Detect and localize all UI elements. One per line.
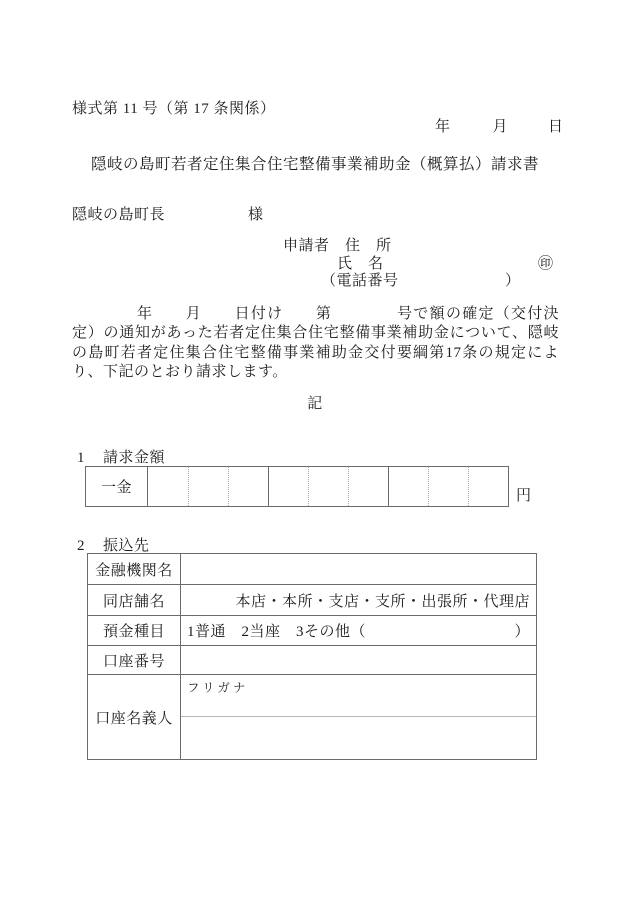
section1-heading: 1請求金額: [77, 446, 165, 467]
phone-close-paren: ）: [505, 273, 521, 291]
amount-digit-cell: [388, 467, 428, 506]
amount-digit-cell: [348, 467, 388, 506]
date-line: 年月日: [435, 115, 564, 136]
applicant-phone-line: （電話番号 ）: [321, 273, 573, 291]
section2-heading: 2振込先: [77, 534, 150, 555]
bank-transfer-table: 金融機関名 同店舗名 本店・本所・支店・支所・出張所・代理店 預金種目 1普通 …: [87, 553, 537, 760]
amount-digit-cell: [468, 467, 508, 506]
account-type-label: 預金種目: [88, 616, 181, 645]
furigana-label: フリガナ: [187, 681, 248, 695]
account-number-value: [181, 646, 536, 674]
document-title: 隠岐の島町若者定住集合住宅整備事業補助金（概算払）請求書: [0, 152, 630, 174]
amount-table: 一金: [85, 466, 509, 507]
applicant-block: 申請者 住 所 氏 名 ㊞ （電話番号 ）: [283, 238, 573, 291]
branch-name-label: 同店舗名: [88, 585, 181, 615]
amount-digit-cell: [148, 467, 188, 506]
table-row-bank-name: 金融機関名: [88, 554, 536, 584]
amount-digit-cell: [188, 467, 228, 506]
yen-unit-label: 円: [516, 484, 532, 505]
applicant-name-label: 氏 名: [337, 256, 384, 272]
amount-digit-cell: [268, 467, 308, 506]
section1-title: 請求金額: [103, 450, 165, 466]
form-number: 様式第 11 号（第 17 条関係）: [72, 97, 275, 118]
addressee-line: 隠岐の島町長様: [72, 203, 264, 224]
account-type-value: 1普通 2当座 3その他（ ）: [181, 616, 536, 645]
account-type-options: 1普通 2当座 3その他（: [187, 620, 366, 641]
account-holder-label: 口座名義人: [88, 675, 181, 759]
document-page: 様式第 11 号（第 17 条関係） 年月日 隠岐の島町若者定住集合住宅整備事業…: [0, 0, 630, 915]
applicant-phone-label: （電話番号: [321, 273, 399, 289]
applicant-address-line: 申請者 住 所: [283, 238, 573, 256]
bank-name-label: 金融機関名: [88, 554, 181, 584]
date-day-label: 日: [548, 119, 564, 135]
amount-digit-cell: [428, 467, 468, 506]
amount-digit-cell: [308, 467, 348, 506]
table-row-account-type: 預金種目 1普通 2当座 3その他（ ）: [88, 615, 536, 645]
account-number-label: 口座番号: [88, 646, 181, 674]
seal-mark-icon: ㊞: [538, 256, 553, 274]
table-row-account-holder: 口座名義人 フリガナ: [88, 674, 536, 759]
account-type-close-paren: ）: [514, 620, 530, 641]
bank-name-value: [181, 554, 536, 584]
record-mark: 記: [0, 392, 630, 413]
table-row-branch-name: 同店舗名 本店・本所・支店・支所・出張所・代理店: [88, 584, 536, 615]
applicant-name-line: 氏 名 ㊞: [337, 256, 573, 274]
furigana-zone: フリガナ: [181, 675, 536, 717]
addressee-honorific: 様: [248, 207, 264, 223]
date-year-label: 年: [435, 119, 451, 135]
date-month-label: 月: [493, 119, 509, 135]
addressee-name: 隠岐の島町長: [72, 207, 165, 223]
section1-number: 1: [77, 450, 103, 467]
branch-name-value: 本店・本所・支店・支所・出張所・代理店: [181, 585, 536, 615]
body-paragraph: 年 月 日付け 第 号で額の確定（交付決定）の通知があった若者定住集合住宅整備事…: [72, 305, 559, 382]
account-holder-blank: [181, 717, 536, 759]
table-row-account-number: 口座番号: [88, 645, 536, 674]
amount-label-cell: 一金: [86, 467, 148, 506]
amount-digit-cell: [228, 467, 268, 506]
section2-title: 振込先: [103, 538, 150, 554]
account-holder-value: フリガナ: [181, 675, 536, 759]
